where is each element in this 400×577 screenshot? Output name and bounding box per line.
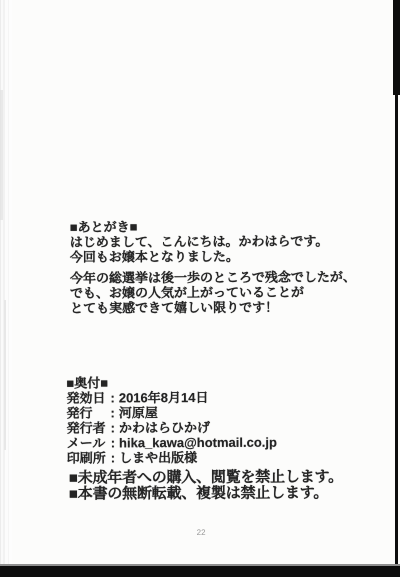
colophon-label: 印刷所 — [67, 450, 111, 465]
afterword-line: 今回もお嬢本となりました。 — [70, 248, 356, 264]
afterword-paragraph: はじめまして、こんにちは。かわはらです。 今回もお嬢本となりました。 — [70, 233, 356, 264]
colophon-colon: : — [111, 450, 115, 465]
colophon-row: 発行:河原屋 — [67, 405, 277, 421]
notice-line: ■本書の無断転載、複製は禁止します。 — [69, 485, 343, 502]
notices-section: ■未成年者への購入、閲覧を禁止します。 ■本書の無断転載、複製は禁止します。 — [69, 469, 343, 502]
colophon-row: 発効日:2016年8月14日 — [66, 390, 276, 406]
afterword-line: でも、お嬢の人気が上がっていることが — [70, 284, 356, 300]
colophon-label: 発行 — [67, 405, 111, 420]
afterword-paragraph: 今年の総選挙は後一歩のところで残念でしたが、 でも、お嬢の人気が上がっていること… — [70, 269, 356, 315]
scanned-page: ■あとがき■ はじめまして、こんにちは。かわはらです。 今回もお嬢本となりました… — [0, 0, 400, 577]
scan-border-bottom — [0, 564, 400, 577]
colophon-label: メール — [67, 435, 111, 450]
colophon-value: 2016年8月14日 — [119, 390, 209, 405]
afterword-line: とても実感できて嬉しい限りです！ — [70, 299, 356, 315]
colophon-row: 発行者:かわはらひかげ — [67, 420, 277, 436]
colophon-value: 河原屋 — [119, 405, 158, 420]
afterword-heading: ■あとがき■ — [70, 218, 356, 234]
colophon-colon: : — [111, 420, 115, 435]
colophon-heading: ■奥付■ — [66, 375, 276, 391]
page-content: ■あとがき■ はじめまして、こんにちは。かわはらです。 今回もお嬢本となりました… — [0, 0, 400, 577]
colophon-colon: : — [110, 390, 114, 405]
colophon-row: 印刷所:しまや出版様 — [67, 450, 277, 466]
colophon-section: ■奥付■ 発効日:2016年8月14日 発行:河原屋 発行者:かわはらひかげ メ… — [66, 375, 277, 466]
colophon-value: かわはらひかげ — [119, 420, 210, 435]
scan-border-right-top — [393, 0, 400, 95]
page-number: 22 — [1, 527, 400, 538]
colophon-label: 発効日 — [66, 390, 110, 405]
colophon-colon: : — [111, 435, 115, 450]
colophon-label: 発行者 — [67, 420, 111, 435]
colophon-colon: : — [111, 405, 115, 420]
colophon-value: しまや出版様 — [119, 450, 197, 465]
afterword-section: ■あとがき■ はじめまして、こんにちは。かわはらです。 今回もお嬢本となりました… — [70, 218, 356, 315]
afterword-line: はじめまして、こんにちは。かわはらです。 — [70, 233, 356, 249]
colophon-row: メール:hika_kawa@hotmail.co.jp — [67, 435, 277, 451]
colophon-value-email: hika_kawa@hotmail.co.jp — [119, 435, 277, 451]
afterword-line: 今年の総選挙は後一歩のところで残念でしたが、 — [70, 269, 356, 285]
